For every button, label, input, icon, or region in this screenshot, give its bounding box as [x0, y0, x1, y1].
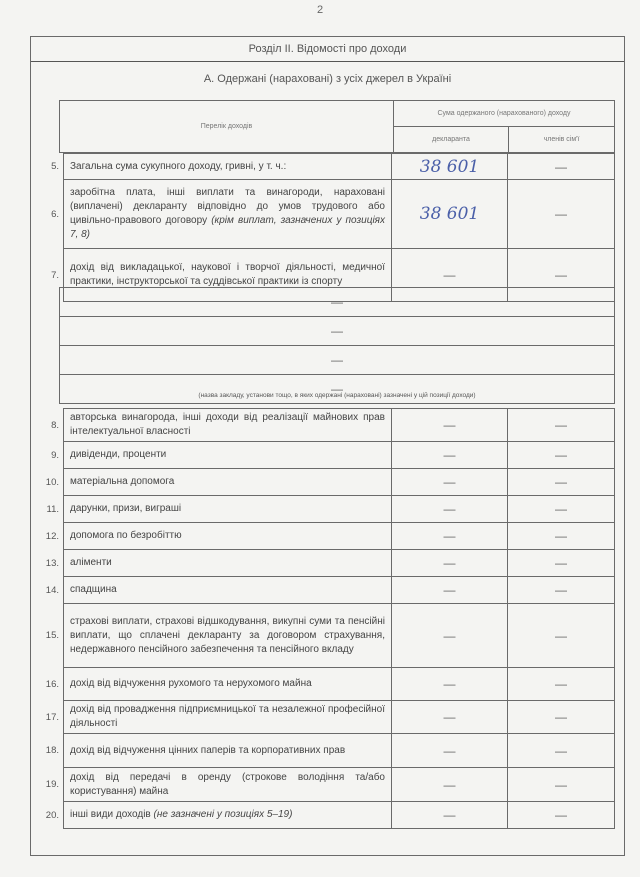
income-type-label: дивіденди, проценти [64, 442, 392, 469]
label-text: дивіденди, проценти [70, 449, 166, 460]
declarant-value: — [392, 701, 508, 734]
declarant-value: — [392, 523, 508, 550]
institution-row: — [60, 288, 615, 317]
label-text: дохід від відчуження цінних паперів та к… [70, 745, 345, 756]
label-note: (не зазначені у позиціях 5–19) [151, 809, 293, 820]
table-row: 9.дивіденди, проценти—— [28, 442, 615, 469]
family-value: — [508, 802, 615, 829]
income-type-label: дохід від провадження підприємницької та… [64, 701, 392, 734]
row-number: 18. [28, 734, 64, 768]
declarant-value: 38 601 [392, 154, 508, 180]
income-table-bottom: 8.авторська винагорода, інші доходи від … [28, 408, 615, 829]
income-type-label: допомога по безробіттю [64, 523, 392, 550]
row-number: 13. [28, 550, 64, 577]
declarant-value: — [392, 802, 508, 829]
table-row: 18.дохід від відчуження цінних паперів т… [28, 734, 615, 768]
family-value: — [508, 523, 615, 550]
institution-value: — [60, 317, 615, 346]
table-row: 20.інші види доходів (не зазначені у поз… [28, 802, 615, 829]
table-row: 13.аліменти—— [28, 550, 615, 577]
label-text: матеріальна допомога [70, 476, 174, 487]
row-number: 8. [28, 409, 64, 442]
declarant-value: — [392, 550, 508, 577]
institution-row: — [60, 375, 615, 404]
table-row: 12.допомога по безробіттю—— [28, 523, 615, 550]
institution-rows: ———— [59, 287, 615, 404]
row-number: 15. [28, 604, 64, 668]
institution-row: — [60, 317, 615, 346]
row-number: 9. [28, 442, 64, 469]
family-value: — [508, 734, 615, 768]
label-text: інші види доходів [70, 809, 151, 820]
family-value: — [508, 180, 615, 249]
subsection-title: А. Одержані (нараховані) з усіх джерел в… [31, 62, 624, 96]
declarant-value: — [392, 409, 508, 442]
declarant-value: — [392, 604, 508, 668]
row-number: 11. [28, 496, 64, 523]
label-text: спадщина [70, 584, 117, 595]
row-number: 19. [28, 768, 64, 802]
family-value: — [508, 442, 615, 469]
declarant-value: — [392, 496, 508, 523]
institution-caption: (назва закладу, установи тощо, в яких од… [59, 392, 615, 399]
declarant-value: — [392, 668, 508, 701]
institution-value: — [60, 288, 615, 317]
income-type-label: авторська винагорода, інші доходи від ре… [64, 409, 392, 442]
table-row: 6.заробітна плата, інші виплати та винаг… [28, 180, 615, 249]
income-type-label: дохід від відчуження рухомого та нерухом… [64, 668, 392, 701]
row-number: 10. [28, 469, 64, 496]
label-text: дарунки, призи, виграші [70, 503, 181, 514]
table-row: 17.дохід від провадження підприємницької… [28, 701, 615, 734]
income-type-label: заробітна плата, інші виплати та винагор… [64, 180, 392, 249]
header-family: членів сім'ї [509, 127, 615, 153]
header-income-sum: Сума одержаного (нарахованого) доходу [394, 101, 615, 127]
family-value: — [508, 577, 615, 604]
section-title: Розділ II. Відомості про доходи [31, 37, 624, 62]
family-value: — [508, 496, 615, 523]
table-row: 19.дохід від передачі в оренду (строкове… [28, 768, 615, 802]
income-type-label: дохід від відчуження цінних паперів та к… [64, 734, 392, 768]
table-header: Перелік доходів Сума одержаного (нарахов… [59, 100, 615, 153]
row-number: 14. [28, 577, 64, 604]
family-value: — [508, 469, 615, 496]
family-value: — [508, 154, 615, 180]
table-row: 10.матеріальна допомога—— [28, 469, 615, 496]
income-type-label: дохід від передачі в оренду (строкове во… [64, 768, 392, 802]
family-value: — [508, 668, 615, 701]
table-row: 15.страхові виплати, страхові відшкодува… [28, 604, 615, 668]
family-value: — [508, 550, 615, 577]
declarant-value: — [392, 734, 508, 768]
label-text: дохід від передачі в оренду (строкове во… [70, 772, 385, 797]
row-number: 12. [28, 523, 64, 550]
declarant-value: — [392, 469, 508, 496]
row-number: 16. [28, 668, 64, 701]
income-type-label: аліменти [64, 550, 392, 577]
table-row: 8.авторська винагорода, інші доходи від … [28, 409, 615, 442]
label-text: аліменти [70, 557, 112, 568]
income-type-label: дарунки, призи, виграші [64, 496, 392, 523]
label-text: дохід від відчуження рухомого та нерухом… [70, 678, 312, 689]
family-value: — [508, 701, 615, 734]
income-type-label: Загальна сума сукупного доходу, гривні, … [64, 154, 392, 180]
row-number: 17. [28, 701, 64, 734]
table-row: 16.дохід від відчуження рухомого та неру… [28, 668, 615, 701]
institution-value: — [60, 375, 615, 404]
income-type-label: інші види доходів (не зазначені у позиці… [64, 802, 392, 829]
income-table-top: 5.Загальна сума сукупного доходу, гривні… [28, 153, 615, 302]
family-value: — [508, 604, 615, 668]
header-income-type: Перелік доходів [60, 101, 394, 153]
declarant-value: 38 601 [392, 180, 508, 249]
label-text: авторська винагорода, інші доходи від ре… [70, 412, 385, 437]
declarant-value: — [392, 577, 508, 604]
income-type-label: спадщина [64, 577, 392, 604]
label-text: страхові виплати, страхові відшкодування… [70, 616, 385, 655]
row-number: 20. [28, 802, 64, 829]
declarant-value: — [392, 768, 508, 802]
declarant-value: — [392, 442, 508, 469]
family-value: — [508, 768, 615, 802]
income-type-label: матеріальна допомога [64, 469, 392, 496]
row-number: 6. [28, 180, 64, 249]
family-value: — [508, 409, 615, 442]
header-declarant: декларанта [394, 127, 509, 153]
table-row: 11.дарунки, призи, виграші—— [28, 496, 615, 523]
institution-value: — [60, 346, 615, 375]
label-text: допомога по безробіттю [70, 530, 182, 541]
income-type-label: страхові виплати, страхові відшкодування… [64, 604, 392, 668]
table-row: 14.спадщина—— [28, 577, 615, 604]
label-text: дохід від викладацької, наукової і творч… [70, 262, 385, 287]
table-row: 5.Загальна сума сукупного доходу, гривні… [28, 154, 615, 180]
page-number: 2 [0, 4, 640, 16]
label-text: Загальна сума сукупного доходу, гривні, … [70, 161, 286, 172]
institution-row: — [60, 346, 615, 375]
row-number: 5. [28, 154, 64, 180]
label-text: дохід від провадження підприємницької та… [70, 704, 385, 729]
